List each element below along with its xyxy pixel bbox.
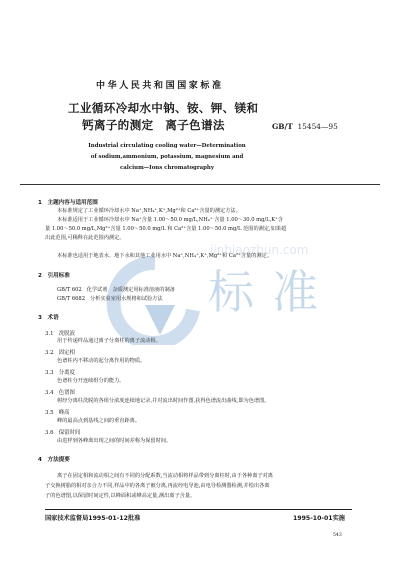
section-3-heading: 3 术语 <box>38 313 59 321</box>
reference-title: 化学试剂 杂质测定用标准溶液的制备 <box>87 287 175 293</box>
term-item: 3.6 保留时间 <box>45 428 80 436</box>
title-en-line2: of sodium,ammonium, potassium, magnesium… <box>82 152 252 163</box>
term-item: 3.4 色谱图 <box>45 388 75 396</box>
term-definition: 色谱柱分开连续组分的能力。 <box>57 377 124 386</box>
term-name: 色谱图 <box>59 390 75 396</box>
section-1-para-2-line-1: 本标准适用于工业循环冷却水中 Na⁺含量 1.00～50.0 mg/L,NH₄⁺… <box>57 216 283 225</box>
term-item: 3.2 固定相 <box>45 348 75 356</box>
term-number: 3.1 <box>45 331 54 337</box>
section-1-para-3: 本标准也适用于地表水、地下水和其他工业用水中 Na⁺,NH₄⁺,K⁺,Mg²⁺和… <box>57 252 272 261</box>
section-4-line-1: 离子在固定相和流动相之间有不同的分配系数,当流动相将样品带到分离柱时,由于各种离… <box>57 472 273 481</box>
term-number: 3.4 <box>45 390 54 396</box>
header-divider <box>20 184 380 185</box>
title-en-line1: Industrial circulating cooling water—Det… <box>82 141 252 152</box>
title-cn-line1: 工业循环冷却水中钠、铵、钾、镁和 <box>68 100 200 117</box>
term-item: 3.1 洗脱液 <box>45 329 75 337</box>
watermark-text: 标准 <box>208 256 336 322</box>
approval-info: 国家技术监督局1995-01-12批准 <box>45 513 140 522</box>
implementation-date: 1995-10-01实施 <box>293 513 345 522</box>
footer-divider <box>45 509 352 510</box>
section-1-para-2-line-2: 量 1.00～50.0 mg/L,Mg²⁺含量 1.00～50.0 mg/L 和… <box>45 225 286 234</box>
term-name: 分离度 <box>59 370 75 376</box>
title-en-line3: calcium—Ions chromatography <box>82 163 252 174</box>
term-number: 3.5 <box>45 410 54 416</box>
term-item: 3.5 峰高 <box>45 408 70 416</box>
standard-number: GB/T 15454—95 <box>272 122 338 131</box>
section-1-para-2-line-3: 出此范围,可稀释在此范围内测定。 <box>45 234 124 243</box>
term-definition: 树经分离柱洗脱的各组分浓度连续地记录,并对流出时间作图,获得色谱流出曲线,即为色… <box>57 397 269 406</box>
term-definition: 色谱柱内不移动的起分离作用的物质。 <box>57 357 145 366</box>
reference-code: GB/T 6682 <box>57 296 85 302</box>
standard-code: 15454—95 <box>297 122 337 131</box>
section-1-heading: 1 主题内容与适用范围 <box>38 198 98 206</box>
title-english: Industrial circulating cooling water—Det… <box>82 141 252 174</box>
section-1-para-1: 本标准规定了工业循环冷却水中 Na⁺,NH₄⁺,K⁺,Mg²⁺和 Ca²⁺含量的… <box>57 207 241 216</box>
term-definition: 峰的最高点到基线之间的垂直距离。 <box>57 417 140 426</box>
national-standard-label: 中华人民共和国国家标准 <box>96 78 224 91</box>
standard-prefix: GB/T <box>272 122 293 131</box>
term-name: 固定相 <box>59 350 75 356</box>
term-number: 3.3 <box>45 370 54 376</box>
section-4-line-2: 子交换树脂的相对亲合力不同,样品中的各离子被分离,再流经电导池,由电导检测器检测… <box>45 482 269 491</box>
term-name: 保留时间 <box>59 430 81 436</box>
page-number: 543 <box>333 533 342 538</box>
reference-item: GB/T 602 化学试剂 杂质测定用标准溶液的制备 <box>57 286 175 295</box>
term-number: 3.6 <box>45 430 54 436</box>
section-2-heading: 2 引用标准 <box>38 271 70 279</box>
term-item: 3.3 分离度 <box>45 368 75 376</box>
term-number: 3.2 <box>45 350 54 356</box>
title-chinese: 工业循环冷却水中钠、铵、钾、镁和 钙离子的测定 离子色谱法 <box>82 100 200 134</box>
section-4-line-3: 子的色谱图,以保留时间定性,以峰面积或峰高定量,测出离子含量。 <box>45 492 195 501</box>
section-4-heading: 4 方法提要 <box>38 455 70 463</box>
reference-item: GB/T 6682 分析实验室用水规格和试验方法 <box>57 295 163 304</box>
term-name: 峰高 <box>59 410 70 416</box>
reference-title: 分析实验室用水规格和试验方法 <box>90 296 163 302</box>
title-cn-line2: 钙离子的测定 离子色谱法 <box>82 117 200 134</box>
term-definition: 用于传递样品通过离子分离柱的离子流动相。 <box>57 337 161 346</box>
term-definition: 由进样到各峰离出现之间的时间差称为保留时间。 <box>57 437 171 446</box>
reference-code: GB/T 602 <box>57 287 82 293</box>
